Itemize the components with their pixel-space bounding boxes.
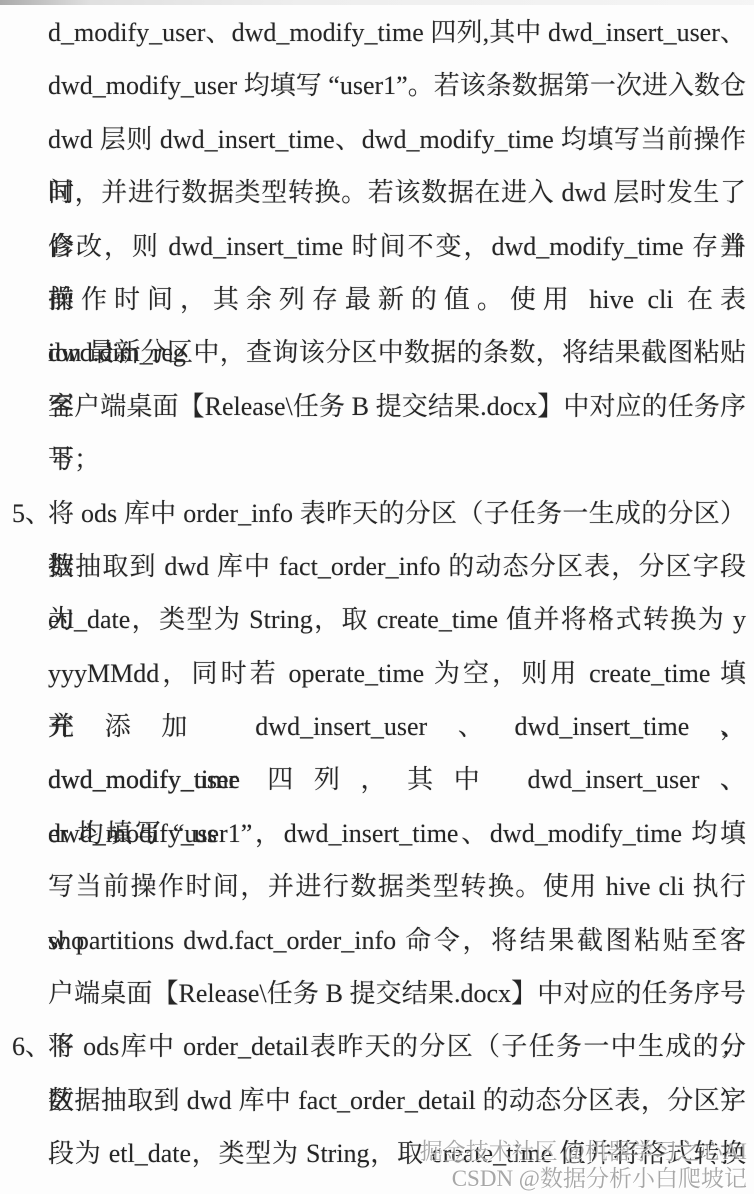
line-text: 下； (48, 445, 100, 474)
text-line: yyyMMdd，同时若 operate_time 为空，则用 create_ti… (48, 647, 746, 700)
line-text: etl_date，类型为 String，取 create_time 值并将格式转… (48, 605, 746, 634)
list-item-number: 5、 (12, 487, 48, 540)
text-line: 间，并进行数据类型转换。若该数据在进入 dwd 层时发生了合并 (48, 166, 746, 219)
text-line: 操作时间，其余列存最新的值。使用 hive cli 在表 dwd.dim_reg (48, 273, 746, 326)
watermark-line-juejin: 掘金技术社区 @机器学习之心AI (420, 1138, 747, 1165)
text-line: dwd_modify_time 四列，其中 dwd_insert_user、dw… (48, 753, 746, 806)
watermark: 掘金技术社区 @机器学习之心AI CSDN @数据分析小白爬坡记 (420, 1138, 747, 1192)
line-text: dwd_modify_user 均填写 “user1”。若该条数据第一次进入数仓 (48, 71, 746, 100)
text-line: er 均填写 “user1”，dwd_insert_time、dwd_modif… (48, 807, 746, 860)
text-line: 6、 将 ods库中 order_detail表昨天的分区（子任务一中生成的分区… (48, 1020, 746, 1073)
text-line: 客户端桌面【Release\任务 B 提交结果.docx】中对应的任务序号 (48, 380, 746, 433)
text-line: dwd_modify_user 均填写 “user1”。若该条数据第一次进入数仓 (48, 59, 746, 112)
watermark-line-csdn: CSDN @数据分析小白爬坡记 (420, 1165, 747, 1192)
text-line: 户端桌面【Release\任务 B 提交结果.docx】中对应的任务序号下； (48, 967, 746, 1020)
text-line: ion 最新分区中，查询该分区中数据的条数，将结果截图粘贴至 (48, 326, 746, 379)
text-line: dwd 层则 dwd_insert_time、dwd_modify_time 均… (48, 113, 746, 166)
line-text: d_modify_user、dwd_modify_time 四列,其中 dwd_… (48, 18, 746, 47)
photo-edge-artifact (0, 0, 754, 5)
text-line: 数据抽取到 dwd 库中 fact_order_detail 的动态分区表，分区… (48, 1074, 746, 1127)
text-line: 并添加 dwd_insert_user、dwd_insert_time、dwd_… (48, 700, 746, 753)
line-text: w partitions dwd.fact_order_info 命令，将结果截… (48, 926, 746, 955)
text-line: 写当前操作时间，并进行数据类型转换。使用 hive cli 执行 sho (48, 860, 746, 913)
line-text: 数据抽取到 dwd 库中 fact_order_detail 的动态分区表，分区… (48, 1086, 746, 1115)
text-line: etl_date，类型为 String，取 create_time 值并将格式转… (48, 593, 746, 646)
line-text: er 均填写 “user1”，dwd_insert_time、dwd_modif… (48, 819, 746, 848)
document-page: d_modify_user、dwd_modify_time 四列,其中 dwd_… (0, 0, 754, 1194)
list-item-number: 6、 (12, 1020, 48, 1073)
text-line: 5、 将 ods 库中 order_info 表昨天的分区（子任务一生成的分区）… (48, 487, 746, 540)
document-body: d_modify_user、dwd_modify_time 四列,其中 dwd_… (48, 6, 746, 1181)
text-line: d_modify_user、dwd_modify_time 四列,其中 dwd_… (48, 6, 746, 59)
text-line: 据抽取到 dwd 库中 fact_order_info 的动态分区表，分区字段为 (48, 540, 746, 593)
text-line: w partitions dwd.fact_order_info 命令，将结果截… (48, 914, 746, 967)
text-line: 修改，则 dwd_insert_time 时间不变，dwd_modify_tim… (48, 220, 746, 273)
text-line: 下； (48, 433, 746, 486)
